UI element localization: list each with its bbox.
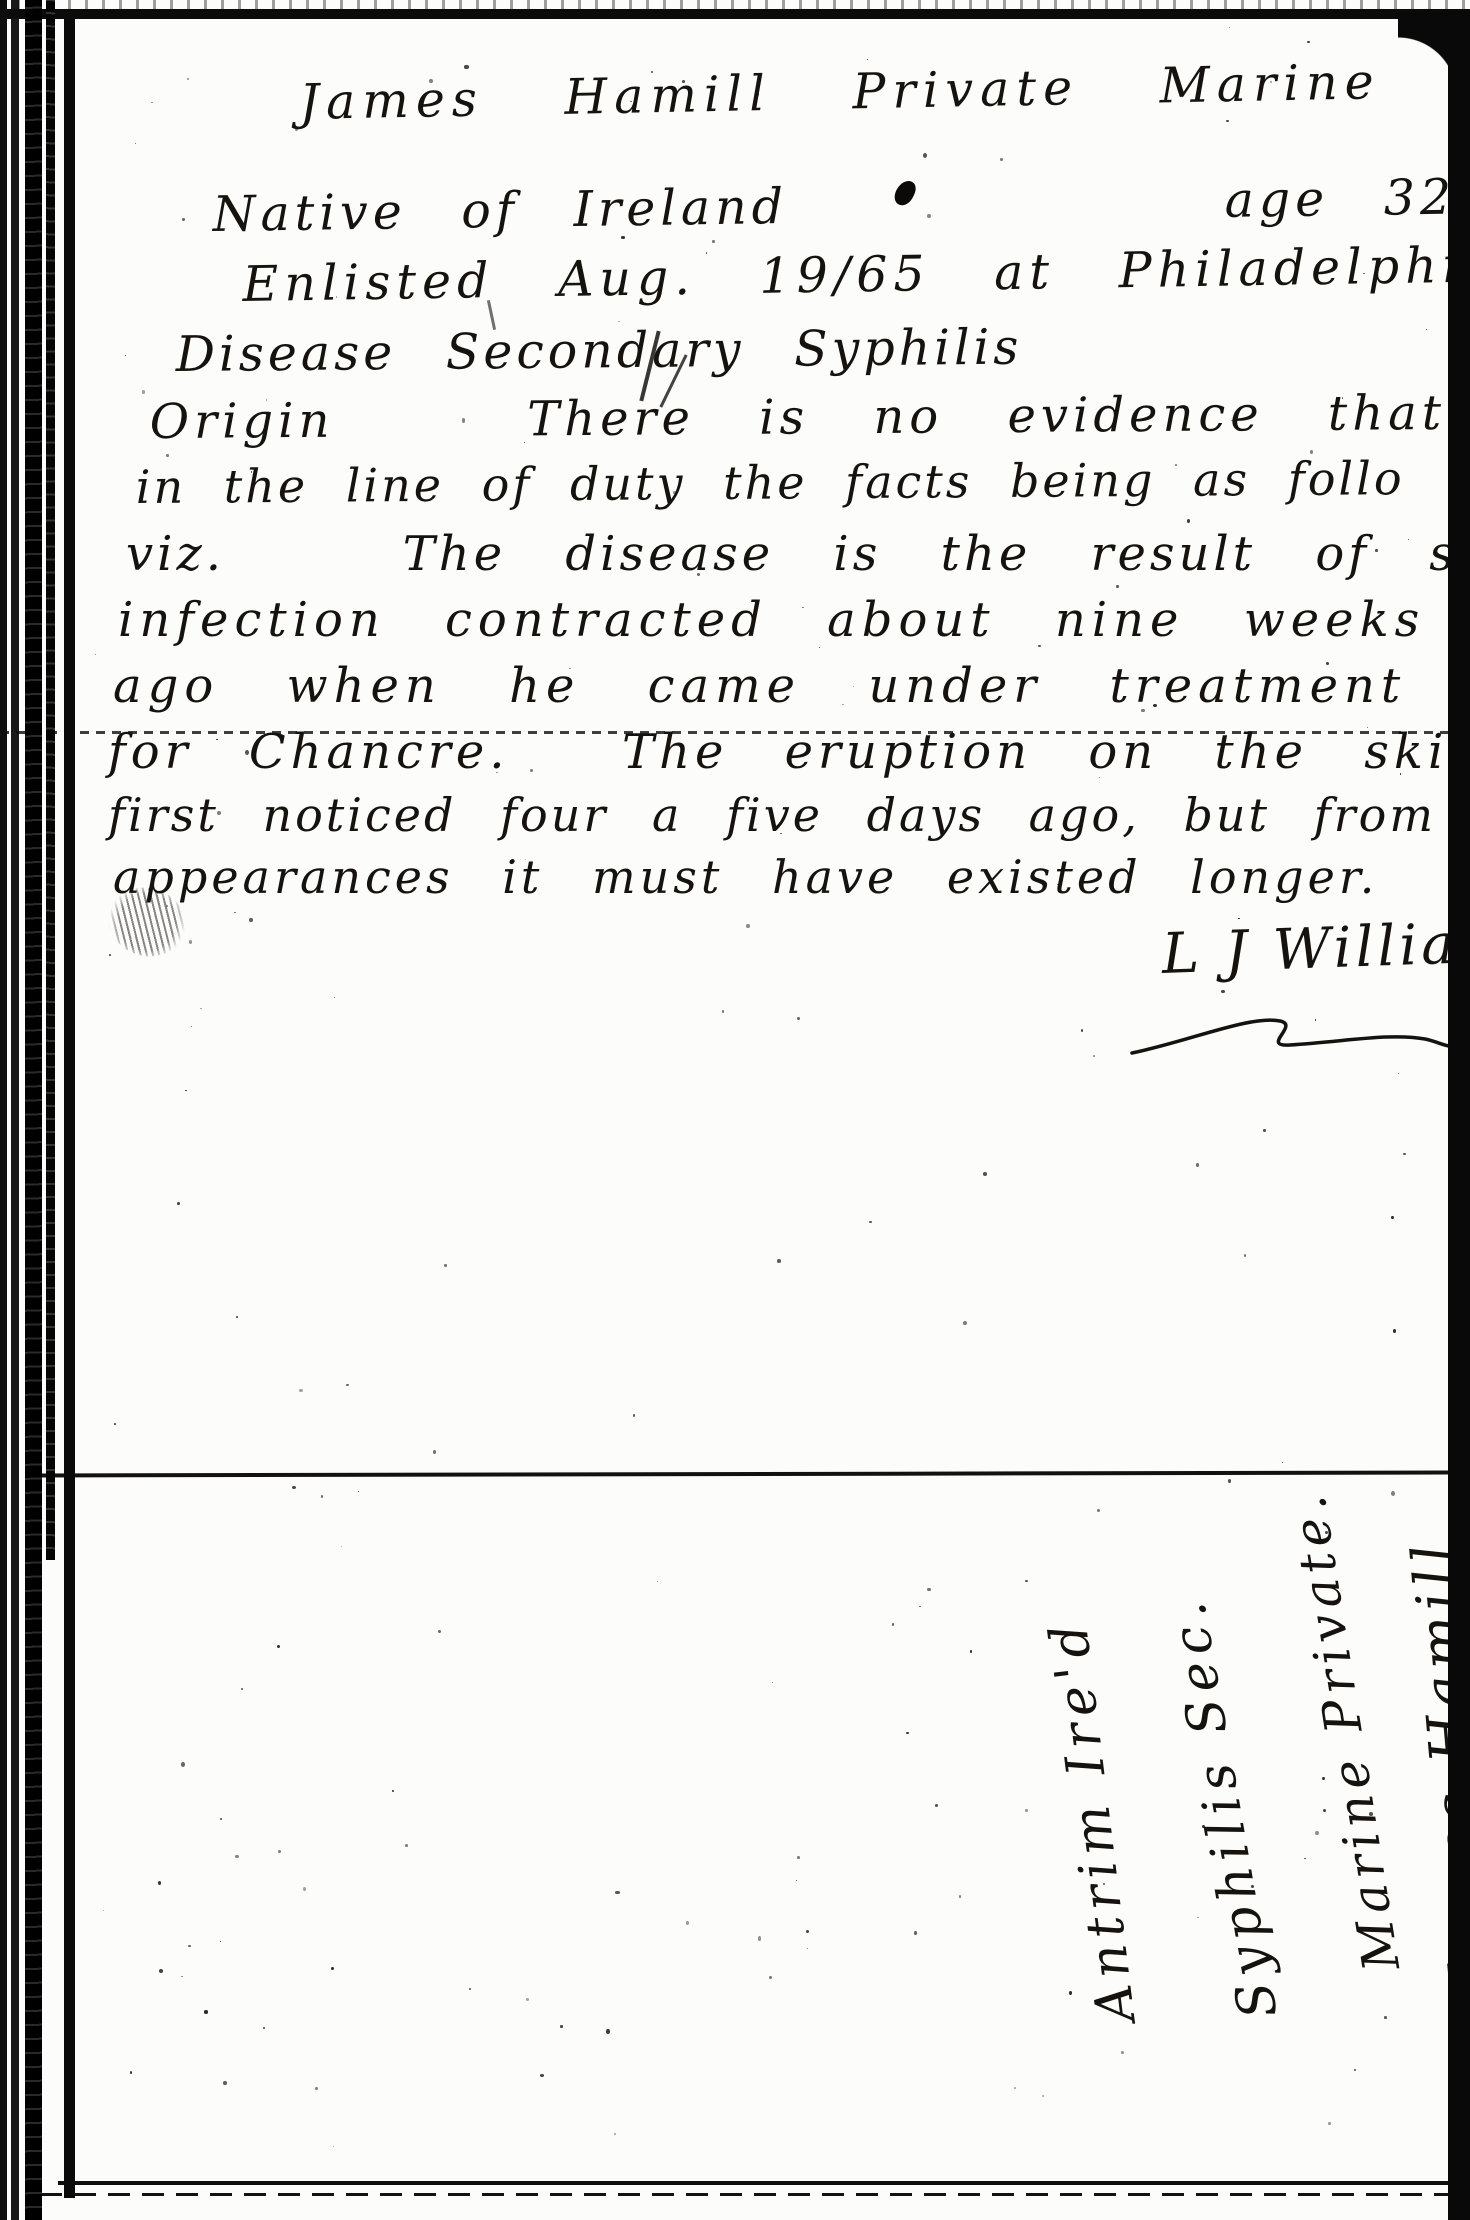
noise-speck — [1025, 1580, 1028, 1583]
noise-speck — [1042, 2095, 1044, 2097]
noise-speck — [1202, 1825, 1205, 1829]
handwritten-line-nativity-age: Native of Ireland age 32 years — [212, 166, 1448, 243]
noise-speck — [869, 1221, 872, 1223]
noise-speck — [462, 418, 466, 422]
noise-speck — [1221, 990, 1225, 994]
noise-speck — [166, 454, 169, 457]
noise-speck — [234, 912, 236, 913]
noise-speck — [315, 2087, 318, 2089]
noise-speck — [187, 78, 189, 80]
noise-speck — [189, 940, 192, 944]
noise-speck — [1121, 2051, 1124, 2054]
noise-speck — [686, 1921, 689, 1925]
handwritten-line-origin-6: for Chancre. The eruption on the skin w — [108, 724, 1448, 780]
noise-speck — [1328, 2122, 1331, 2125]
noise-speck — [615, 1891, 619, 1894]
noise-speck — [236, 1316, 238, 1318]
noise-speck — [433, 1450, 436, 1454]
noise-speck — [892, 1623, 895, 1626]
binding-stripe — [11, 0, 19, 2220]
noise-speck — [103, 1910, 104, 1911]
binding-stripe — [0, 0, 7, 2220]
noise-speck — [959, 1895, 961, 1898]
noise-speck — [1282, 1462, 1283, 1463]
noise-speck — [614, 2133, 616, 2135]
handwritten-line-origin-4: infection contracted about nine weeks — [118, 592, 1425, 648]
noise-speck — [278, 1850, 280, 1853]
noise-speck — [1153, 704, 1157, 707]
noise-speck — [797, 1017, 800, 1020]
noise-speck — [188, 1945, 190, 1947]
noise-speck — [1231, 420, 1233, 422]
noise-speck — [334, 997, 335, 998]
noise-speck — [159, 1969, 163, 1973]
noise-speck — [336, 296, 337, 298]
noise-speck — [1038, 645, 1041, 648]
side-note-rank: Marine Private. — [1285, 1531, 1411, 1975]
handwritten-line-origin-7: first noticed four a five days ago, but … — [108, 788, 1436, 842]
noise-speck — [109, 954, 112, 956]
noise-speck — [369, 109, 371, 111]
side-note-disease: Syphilis Sec. — [1156, 1590, 1290, 2024]
handwritten-line-origin-3: viz. The disease is the result of syphil… — [126, 526, 1448, 582]
physician-signature: L J Williams — [1161, 909, 1448, 987]
noise-speck — [853, 686, 854, 687]
noise-speck — [331, 1967, 334, 1970]
noise-speck — [1238, 918, 1239, 919]
scan-right-edge — [1448, 10, 1470, 2220]
noise-speck — [983, 1172, 987, 1175]
side-note-origin: Antrim Ire'd — [1033, 1573, 1152, 2067]
noise-speck — [464, 65, 468, 69]
handwritten-line-enlistment: Enlisted Aug. 19/65 at Philadelphia — [242, 236, 1448, 313]
noise-speck — [216, 739, 218, 740]
noise-speck — [1244, 1254, 1246, 1257]
noise-speck — [249, 918, 252, 922]
handwriting-area: James Hamill Private Marine Native of Ir… — [0, 0, 1448, 2220]
handwritten-line-origin-2: in the line of duty the facts being as f… — [136, 451, 1405, 514]
noise-speck — [746, 924, 749, 928]
noise-speck — [241, 1688, 243, 1689]
noise-speck — [777, 1259, 780, 1263]
noise-speck — [181, 1976, 182, 1977]
noise-speck — [1375, 549, 1377, 551]
noise-speck — [906, 1732, 908, 1734]
handwritten-line-disease: Disease Secondary Syphilis — [176, 319, 1023, 383]
noise-speck — [444, 1264, 447, 1266]
noise-speck — [839, 620, 840, 621]
noise-speck — [1323, 1809, 1326, 1812]
noise-speck — [530, 769, 533, 772]
binding-stripe — [46, 0, 55, 1560]
noise-speck — [914, 1931, 918, 1935]
handwritten-line-origin-5: ago when he came under treatment — [113, 658, 1406, 714]
binding-stripe — [64, 18, 75, 2198]
noise-speck — [299, 1389, 303, 1392]
noise-speck — [657, 1581, 658, 1582]
noise-speck — [919, 1606, 921, 1608]
noise-speck — [1116, 585, 1119, 588]
noise-speck — [1097, 1509, 1100, 1511]
noise-speck — [181, 1762, 185, 1767]
noise-speck — [526, 1998, 529, 2001]
noise-speck — [217, 811, 221, 815]
noise-speck — [772, 1682, 773, 1683]
noise-speck — [328, 759, 331, 762]
signature-flourish — [1130, 995, 1448, 1065]
handwritten-line-name-rank: James Hamill Private Marine — [299, 53, 1381, 131]
handwritten-line-origin-8: appearances it must have existed longer. — [113, 850, 1378, 904]
noise-speck — [1304, 1858, 1306, 1859]
noise-speck — [469, 1988, 471, 1990]
noise-speck — [1014, 2087, 1016, 2089]
noise-speck — [405, 1844, 408, 1847]
noise-speck — [346, 1384, 349, 1386]
noise-speck — [1175, 464, 1177, 466]
noise-speck — [540, 2074, 544, 2077]
noise-speck — [1369, 1812, 1373, 1816]
noise-speck — [292, 1486, 296, 1489]
noise-speck — [1384, 2016, 1387, 2019]
noise-speck — [235, 1855, 239, 1858]
noise-speck — [1103, 1883, 1105, 1885]
rounded-page-corner — [1398, 12, 1470, 96]
noise-speck — [1025, 1809, 1028, 1812]
noise-speck — [429, 79, 433, 83]
noise-speck — [758, 1936, 762, 1941]
noise-speck — [1408, 539, 1409, 541]
noise-speck — [525, 859, 526, 860]
noise-speck — [1049, 1472, 1051, 1474]
noise-speck — [166, 905, 168, 907]
noise-speck — [1322, 1777, 1325, 1780]
noise-speck — [927, 214, 931, 218]
noise-speck — [392, 1790, 394, 1792]
handwritten-line-origin-1: Origin There is no evidence that it ori — [150, 383, 1448, 450]
noise-speck — [697, 573, 700, 575]
noise-speck — [1141, 709, 1144, 712]
noise-speck — [204, 2010, 208, 2013]
noise-speck — [712, 240, 714, 243]
noise-speck — [673, 491, 677, 494]
noise-speck — [963, 1321, 967, 1325]
book-binding-edge — [0, 0, 90, 2220]
noise-speck — [797, 1856, 800, 1859]
noise-speck — [1391, 1491, 1395, 1496]
binding-stripe — [25, 0, 42, 2220]
noise-speck — [125, 355, 126, 356]
noise-speck — [842, 704, 843, 705]
noise-speck — [223, 2081, 227, 2085]
scanned-document-page: James Hamill Private Marine Native of Ir… — [0, 0, 1470, 2220]
noise-speck — [200, 1008, 202, 1010]
